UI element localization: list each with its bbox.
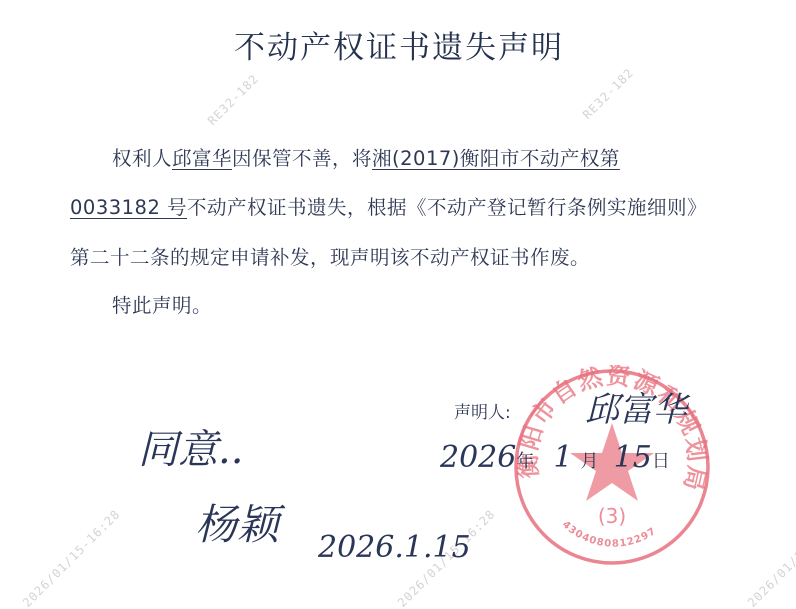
watermark: RE32-182 bbox=[580, 65, 636, 121]
watermark: 2026/01/15-16:28 bbox=[20, 507, 123, 609]
approval-note: 同意.. bbox=[138, 418, 243, 475]
document-title: 不动产权证书遗失声明 bbox=[234, 22, 564, 67]
watermark: RE32-182 bbox=[205, 71, 261, 127]
date-month: 1 bbox=[553, 440, 572, 475]
body-line-3: 第二十二条的规定申请补发，现声明该不动产权证书作废。 bbox=[70, 242, 590, 270]
declaration-date: 2026年 1月 15日 bbox=[440, 440, 670, 475]
line1-middle: 因保管不善，将 bbox=[232, 147, 372, 170]
date-day-suffix: 日 bbox=[652, 451, 670, 472]
date-year: 2026 bbox=[440, 440, 516, 475]
date-month-suffix: 月 bbox=[581, 451, 599, 472]
approver-signature: 杨颖 bbox=[195, 492, 279, 552]
holder-name: 邱富华 bbox=[172, 147, 232, 170]
declarant-label: 声明人: bbox=[454, 398, 511, 423]
seal-sub: (3) bbox=[598, 504, 626, 528]
certificate-number: 0033182 号 bbox=[70, 196, 187, 219]
date-day: 15 bbox=[614, 440, 652, 475]
watermark: 2026/01/15 bbox=[745, 542, 796, 609]
holder-prefix: 权利人 bbox=[112, 147, 172, 170]
body-line-2: 0033182 号不动产权证书遗失，根据《不动产登记暂行条例实施细则》 bbox=[70, 192, 707, 220]
body-line-1: 权利人邱富华因保管不善，将湘(2017)衡阳市不动产权第 bbox=[112, 143, 620, 171]
line2-text: 不动产权证书遗失，根据《不动产登记暂行条例实施细则》 bbox=[187, 196, 707, 219]
closing-line: 特此声明。 bbox=[112, 290, 212, 318]
approval-date: 2026.1.15 bbox=[318, 530, 471, 565]
declarant-signature: 邱富华 bbox=[585, 382, 687, 431]
certificate-prefix: 湘(2017)衡阳市不动产权第 bbox=[372, 147, 620, 170]
date-year-suffix: 年 bbox=[516, 451, 534, 472]
document-page: RE32-182 RE32-182 2026/01/15-16:28 2026/… bbox=[0, 0, 796, 609]
